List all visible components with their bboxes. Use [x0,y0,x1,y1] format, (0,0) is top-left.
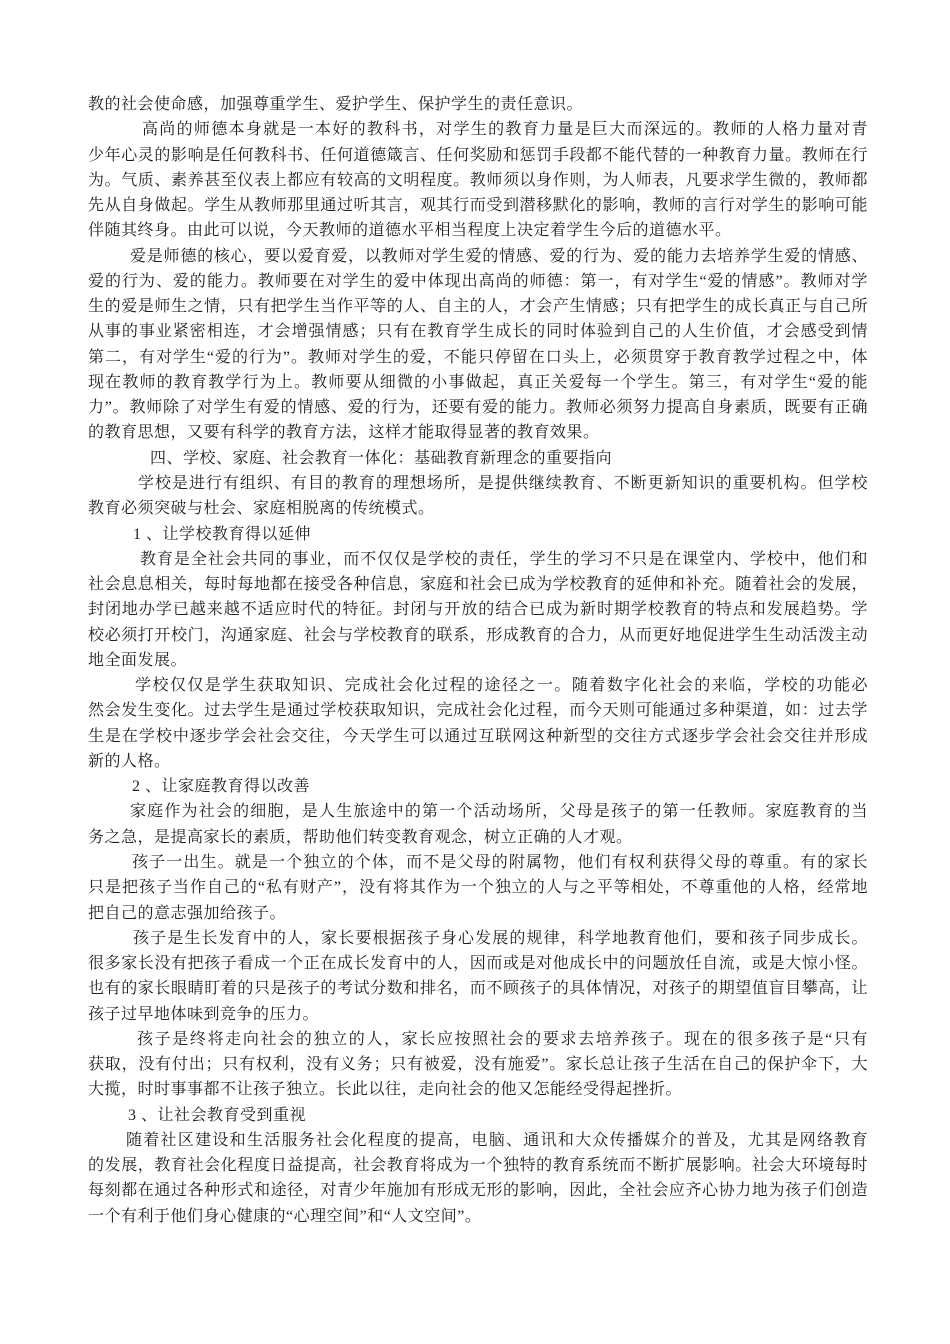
text-line: 第二，有对学生“爱的行为”。教师对学生的爱，不能只停留在口头上，必须贯穿于教育教… [88,345,868,370]
text-line: 生的爱是师生之情，只有把学生当作平等的人、自主的人，才会产生情感；只有把学生的成… [88,294,868,319]
text-line: 学校是进行有组织、有目的教育的理想场所，是提供继续教育、不断更新知识的重要机构。… [88,471,868,496]
text-line: 先从自身做起。学生从教师那里通过听其言，观其行而受到潜移默化的影响，教师的言行对… [88,193,868,218]
text-line: 生是在学校中逐步学会社会交往，今天学生可以通过互联网这种新型的交往方式逐步学会社… [88,724,868,749]
text-line: 为。气质、素养甚至仪表上都应有较高的文明程度。教师须以身作则，为人师表，凡要求学… [88,168,868,193]
text-line: 学校仅仅是学生获取知识、完成社会化过程的途径之一。随着数字化社会的来临，学校的功… [88,673,868,698]
text-line: 新的人格。 [88,749,868,774]
document-body: 教的社会使命感，加强尊重学生、爱护学生、保护学生的责任意识。高尚的师德本身就是一… [88,92,868,1229]
text-line: 也有的家长眼睛盯着的只是孩子的考试分数和排名，而不顾孩子的具体情况，对孩子的期望… [88,976,868,1001]
text-line: 教育是全社会共同的事业，而不仅仅是学校的责任，学生的学习不只是在课堂内、学校中，… [88,547,868,572]
text-line: 务之急，是提高家长的素质，帮助他们转变教育观念，树立正确的人才观。 [88,825,868,850]
text-line: 随着社区建设和生活服务社会化程度的提高，电脑、通讯和大众传播媒介的普及，尤其是网… [88,1128,868,1153]
text-line: 现在教师的教育教学行为上。教师要从细微的小事做起，真正关爱每一个学生。第三，有对… [88,370,868,395]
text-line: 的发展，教育社会化程度日益提高，社会教育将成为一个独特的教育系统而不断扩展影响。… [88,1153,868,1178]
text-line: 爱是师德的核心，要以爱育爱，以教师对学生爱的情感、爱的行为、爱的能力去培养学生爱… [88,244,868,269]
text-line: 很多家长没有把孩子看成一个正在成长发育中的人，因而或是对他成长中的问题放任自流，… [88,951,868,976]
text-line: 少年心灵的影响是任何教科书、任何道德箴言、任何奖励和惩罚手段都不能代替的一种教育… [88,143,868,168]
text-line: 把自己的意志强加给孩子。 [88,901,868,926]
text-line: 地全面发展。 [88,648,868,673]
text-line: 社会息息相关，每时每地都在接受各种信息，家庭和社会已成为学校教育的延伸和补充。随… [88,572,868,597]
text-line: 伴随其终身。由此可以说，今天教师的道德水平相当程度上决定着学生今后的道德水平。 [88,218,868,243]
text-line: 力”。教师除了对学生有爱的情感、爱的行为，还要有爱的能力。教师必须努力提高自身素… [88,395,868,420]
text-line: 大揽，时时事事都不让孩子独立。长此以往，走向社会的他又怎能经受得起挫折。 [88,1077,868,1102]
document-page: 教的社会使命感，加强尊重学生、爱护学生、保护学生的责任意识。高尚的师德本身就是一… [0,0,950,1344]
text-line: 只是把孩子当作自己的“私有财产”，没有将其作为一个独立的人与之平等相处，不尊重他… [88,875,868,900]
text-line: 教的社会使命感，加强尊重学生、爱护学生、保护学生的责任意识。 [88,92,868,117]
text-line: 校必须打开校门，沟通家庭、社会与学校教育的联系，形成教育的合力，从而更好地促进学… [88,623,868,648]
text-line: 2 、让家庭教育得以改善 [88,774,868,799]
text-line: 家庭作为社会的细胞，是人生旅途中的第一个活动场所，父母是孩子的第一任教师。家庭教… [88,799,868,824]
text-line: 的教育思想，又要有科学的教育方法，这样才能取得显著的教育效果。 [88,420,868,445]
text-line: 封闭地办学已越来越不适应时代的特征。封闭与开放的结合已成为新时期学校教育的特点和… [88,597,868,622]
text-line: 1 、让学校教育得以延伸 [88,522,868,547]
text-line: 3 、让社会教育受到重视 [88,1103,868,1128]
text-line: 孩子是终将走向社会的独立的人，家长应按照社会的要求去培养孩子。现在的很多孩子是“… [88,1027,868,1052]
text-line: 然会发生变化。过去学生是通过学校获取知识，完成社会化过程，而今天则可能通过多种渠… [88,698,868,723]
text-line: 爱的行为、爱的能力。教师要在对学生的爱中体现出高尚的师德：第一，有对学生“爱的情… [88,269,868,294]
text-line: 教育必须突破与杜会、家庭相脱离的传统模式。 [88,496,868,521]
text-line: 孩子一出生。就是一个独立的个体，而不是父母的附属物，他们有权利获得父母的尊重。有… [88,850,868,875]
text-line: 高尚的师德本身就是一本好的教科书，对学生的教育力量是巨大而深远的。教师的人格力量… [88,117,868,142]
text-line: 一个有利于他们身心健康的“心理空间”和“人文空间”。 [88,1204,868,1229]
text-line: 获取，没有付出；只有权利，没有义务；只有被爱，没有施爱”。家长总让孩子生活在自己… [88,1052,868,1077]
text-line: 从事的事业紧密相连，才会增强情感；只有在教育学生成长的同时体验到自己的人生价值，… [88,319,868,344]
text-line: 四、学校、家庭、社会教育一体化：基础教育新理念的重要指向 [88,446,868,471]
text-line: 每刻都在通过各种形式和途径，对青少年施加有形成无形的影响，因此，全社会应齐心协力… [88,1178,868,1203]
text-line: 孩子过早地体味到竞争的压力。 [88,1002,868,1027]
text-line: 孩子是生长发育中的人，家长要根据孩子身心发展的规律，科学地教育他们，要和孩子同步… [88,926,868,951]
